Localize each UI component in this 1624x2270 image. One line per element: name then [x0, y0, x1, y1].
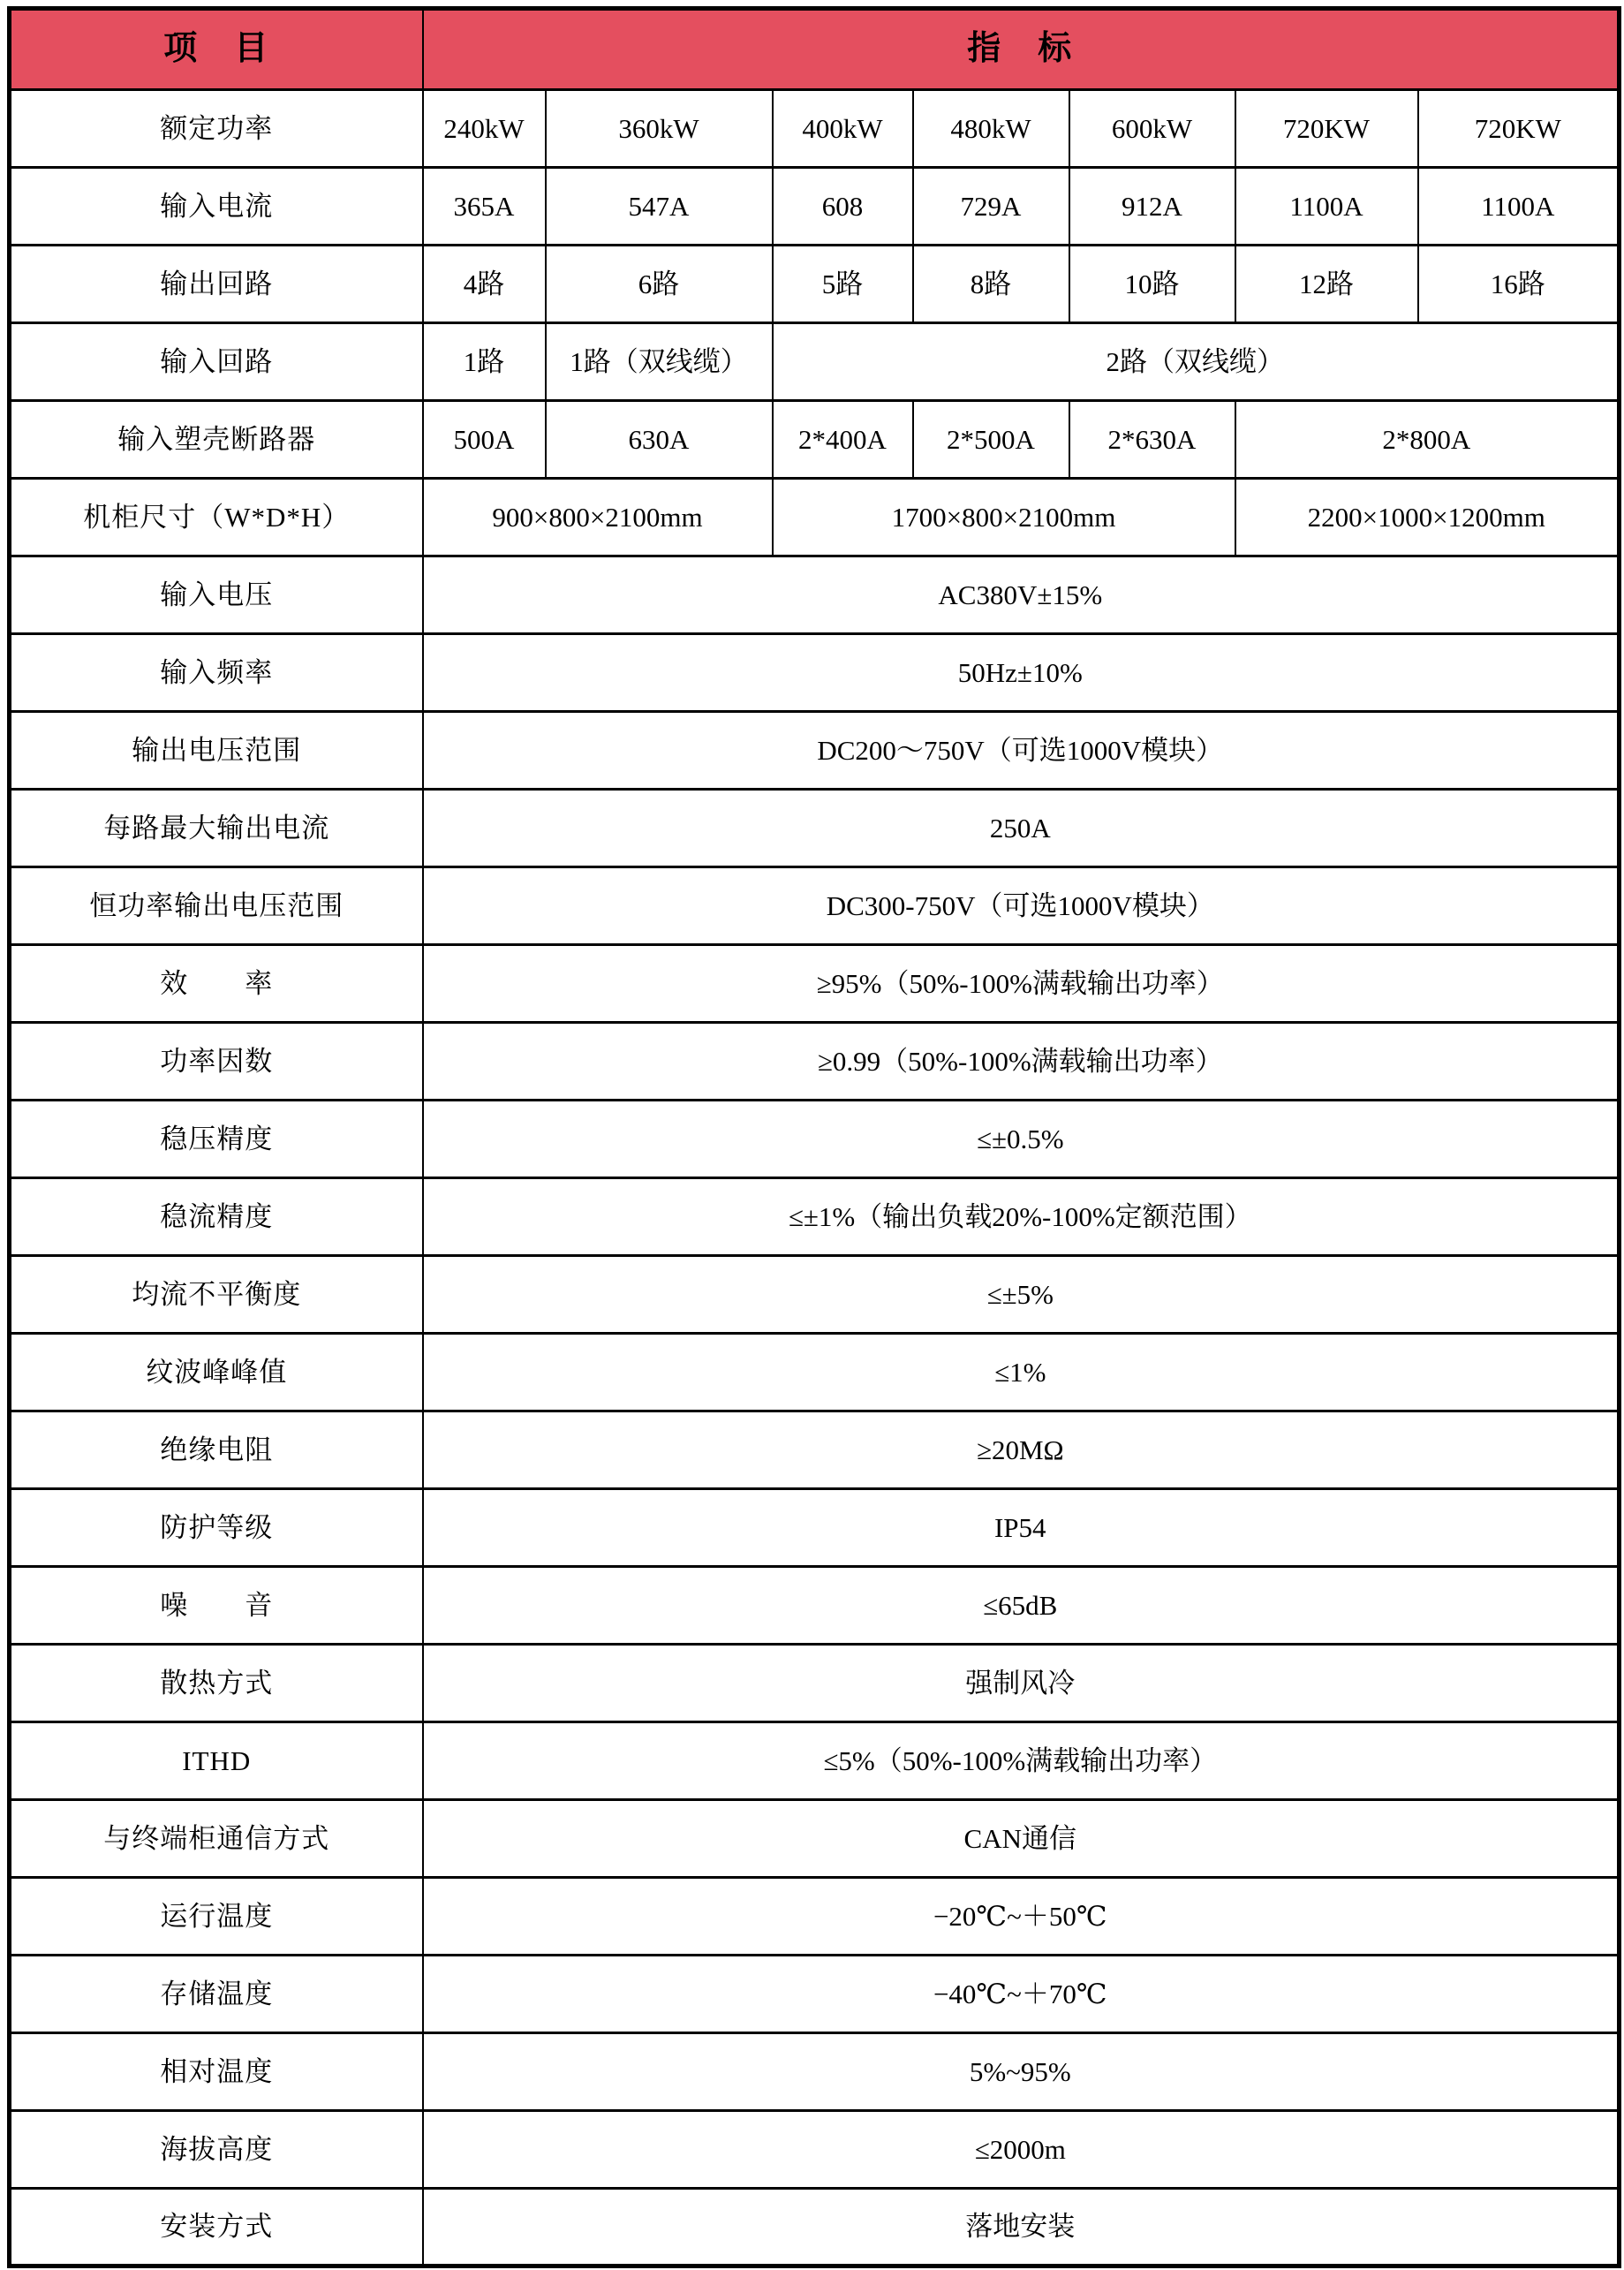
- value-cell: 2*500A: [913, 401, 1069, 479]
- value-cell: 547A: [546, 168, 773, 246]
- value-cell: 240kW: [423, 90, 546, 168]
- value-cell: 912A: [1069, 168, 1235, 246]
- row-label-cell: 相对温度: [10, 2033, 423, 2111]
- row-label-cell: 海拔高度: [10, 2111, 423, 2189]
- table-row-power-factor: 功率因数 ≥0.99（50%-100%满载输出功率）: [10, 1023, 1620, 1101]
- table-row-input-mccb: 输入塑壳断路器 500A 630A 2*400A 2*500A 2*630A 2…: [10, 401, 1620, 479]
- table-row-input-current: 输入电流 365A 547A 608 729A 912A 1100A 1100A: [10, 168, 1620, 246]
- row-label-cell: 绝缘电阻: [10, 1411, 423, 1489]
- value-cell: 2*800A: [1235, 401, 1620, 479]
- value-cell: 250A: [423, 790, 1620, 867]
- value-cell: 2*630A: [1069, 401, 1235, 479]
- value-cell: 1100A: [1235, 168, 1418, 246]
- table-row-insulation-resistance: 绝缘电阻 ≥20MΩ: [10, 1411, 1620, 1489]
- table-row-output-voltage-range: 输出电压范围 DC200～750V（可选1000V模块）: [10, 712, 1620, 790]
- spec-sheet-page: 项 目 指 标 额定功率 240kW 360kW 400kW 480kW 600…: [0, 0, 1624, 2270]
- row-label-cell: 输出回路: [10, 246, 423, 323]
- value-cell: 720KW: [1418, 90, 1620, 168]
- table-row-input-voltage: 输入电压 AC380V±15%: [10, 556, 1620, 634]
- row-label-cell: 输出电压范围: [10, 712, 423, 790]
- value-cell: 50Hz±10%: [423, 634, 1620, 712]
- table-row-current-regulation: 稳流精度 ≤±1%（输出负载20%-100%定额范围）: [10, 1178, 1620, 1256]
- row-label-cell: 功率因数: [10, 1023, 423, 1101]
- value-cell: 5路: [773, 246, 913, 323]
- table-row-constant-power-voltage-range: 恒功率输出电压范围 DC300-750V（可选1000V模块）: [10, 867, 1620, 945]
- row-label-cell: 机柜尺寸（W*D*H）: [10, 479, 423, 556]
- value-cell: ≥0.99（50%-100%满载输出功率）: [423, 1023, 1620, 1101]
- value-cell: ≤65dB: [423, 1567, 1620, 1645]
- value-cell: 500A: [423, 401, 546, 479]
- value-cell: 480kW: [913, 90, 1069, 168]
- value-cell: 8路: [913, 246, 1069, 323]
- value-cell: 10路: [1069, 246, 1235, 323]
- value-cell: 729A: [913, 168, 1069, 246]
- value-cell: 12路: [1235, 246, 1418, 323]
- header-item-cell: 项 目: [10, 9, 423, 90]
- value-cell: ≤±5%: [423, 1256, 1620, 1334]
- value-cell: 强制风冷: [423, 1645, 1620, 1722]
- value-cell: 1路: [423, 323, 546, 401]
- row-label-cell: 均流不平衡度: [10, 1256, 423, 1334]
- value-cell: −20℃~＋50℃: [423, 1878, 1620, 1956]
- value-cell: 365A: [423, 168, 546, 246]
- value-cell: 4路: [423, 246, 546, 323]
- value-cell: 落地安装: [423, 2189, 1620, 2266]
- value-cell: 900×800×2100mm: [423, 479, 773, 556]
- value-cell: 720KW: [1235, 90, 1418, 168]
- table-row-cabinet-size: 机柜尺寸（W*D*H） 900×800×2100mm 1700×800×2100…: [10, 479, 1620, 556]
- value-cell: CAN通信: [423, 1800, 1620, 1878]
- table-row-cooling-method: 散热方式 强制风冷: [10, 1645, 1620, 1722]
- value-cell: ≥20MΩ: [423, 1411, 1620, 1489]
- value-cell: 5%~95%: [423, 2033, 1620, 2111]
- table-row-noise: 噪 音 ≤65dB: [10, 1567, 1620, 1645]
- table-row-altitude: 海拔高度 ≤2000m: [10, 2111, 1620, 2189]
- table-row-input-circuits: 输入回路 1路 1路（双线缆） 2路（双线缆）: [10, 323, 1620, 401]
- value-cell: DC300-750V（可选1000V模块）: [423, 867, 1620, 945]
- table-row-voltage-regulation: 稳压精度 ≤±0.5%: [10, 1101, 1620, 1178]
- table-row-terminal-cabinet-communication: 与终端柜通信方式 CAN通信: [10, 1800, 1620, 1878]
- value-cell: 1100A: [1418, 168, 1620, 246]
- row-label-cell: 防护等级: [10, 1489, 423, 1567]
- table-row-current-sharing-imbalance: 均流不平衡度 ≤±5%: [10, 1256, 1620, 1334]
- row-label-cell: 噪 音: [10, 1567, 423, 1645]
- table-row-input-frequency: 输入频率 50Hz±10%: [10, 634, 1620, 712]
- table-row-storage-temperature: 存储温度 −40℃~＋70℃: [10, 1956, 1620, 2033]
- row-label-cell: 效 率: [10, 945, 423, 1023]
- row-label-cell: 存储温度: [10, 1956, 423, 2033]
- value-cell: 630A: [546, 401, 773, 479]
- table-row-operating-temperature: 运行温度 −20℃~＋50℃: [10, 1878, 1620, 1956]
- row-label-cell: 恒功率输出电压范围: [10, 867, 423, 945]
- value-cell: IP54: [423, 1489, 1620, 1567]
- table-row-protection-rating: 防护等级 IP54: [10, 1489, 1620, 1567]
- table-row-max-output-current: 每路最大输出电流 250A: [10, 790, 1620, 867]
- row-label-cell: 每路最大输出电流: [10, 790, 423, 867]
- row-label-cell: 稳流精度: [10, 1178, 423, 1256]
- row-label-cell: 输入电流: [10, 168, 423, 246]
- value-cell: 1700×800×2100mm: [773, 479, 1235, 556]
- row-label-cell: 与终端柜通信方式: [10, 1800, 423, 1878]
- row-label-cell: 运行温度: [10, 1878, 423, 1956]
- spec-table: 项 目 指 标 额定功率 240kW 360kW 400kW 480kW 600…: [7, 6, 1621, 2268]
- row-label-cell: 额定功率: [10, 90, 423, 168]
- value-cell: ≤1%: [423, 1334, 1620, 1411]
- value-cell: ≤5%（50%-100%满载输出功率）: [423, 1722, 1620, 1800]
- value-cell: −40℃~＋70℃: [423, 1956, 1620, 2033]
- table-row-ripple-peak: 纹波峰峰值 ≤1%: [10, 1334, 1620, 1411]
- table-row-rated-power: 额定功率 240kW 360kW 400kW 480kW 600kW 720KW…: [10, 90, 1620, 168]
- value-cell: 2*400A: [773, 401, 913, 479]
- value-cell: ≤±0.5%: [423, 1101, 1620, 1178]
- row-label-cell: 纹波峰峰值: [10, 1334, 423, 1411]
- row-label-cell: ITHD: [10, 1722, 423, 1800]
- value-cell: 1路（双线缆）: [546, 323, 773, 401]
- row-label-cell: 输入频率: [10, 634, 423, 712]
- value-cell: 400kW: [773, 90, 913, 168]
- header-spec-cell: 指 标: [423, 9, 1620, 90]
- value-cell: 600kW: [1069, 90, 1235, 168]
- value-cell: ≥95%（50%-100%满载输出功率）: [423, 945, 1620, 1023]
- table-row-installation-method: 安装方式 落地安装: [10, 2189, 1620, 2266]
- row-label-cell: 输入塑壳断路器: [10, 401, 423, 479]
- table-row-output-circuits: 输出回路 4路 6路 5路 8路 10路 12路 16路: [10, 246, 1620, 323]
- table-row-ithd: ITHD ≤5%（50%-100%满载输出功率）: [10, 1722, 1620, 1800]
- row-label-cell: 安装方式: [10, 2189, 423, 2266]
- table-row-relative-humidity: 相对温度 5%~95%: [10, 2033, 1620, 2111]
- value-cell: 608: [773, 168, 913, 246]
- value-cell: 6路: [546, 246, 773, 323]
- row-label-cell: 输入电压: [10, 556, 423, 634]
- value-cell: 16路: [1418, 246, 1620, 323]
- value-cell: DC200～750V（可选1000V模块）: [423, 712, 1620, 790]
- value-cell: 360kW: [546, 90, 773, 168]
- value-cell: 2路（双线缆）: [773, 323, 1620, 401]
- value-cell: 2200×1000×1200mm: [1235, 479, 1620, 556]
- value-cell: AC380V±15%: [423, 556, 1620, 634]
- table-row-efficiency: 效 率 ≥95%（50%-100%满载输出功率）: [10, 945, 1620, 1023]
- row-label-cell: 输入回路: [10, 323, 423, 401]
- value-cell: ≤2000m: [423, 2111, 1620, 2189]
- table-header-row: 项 目 指 标: [10, 9, 1620, 90]
- row-label-cell: 稳压精度: [10, 1101, 423, 1178]
- value-cell: ≤±1%（输出负载20%-100%定额范围）: [423, 1178, 1620, 1256]
- row-label-cell: 散热方式: [10, 1645, 423, 1722]
